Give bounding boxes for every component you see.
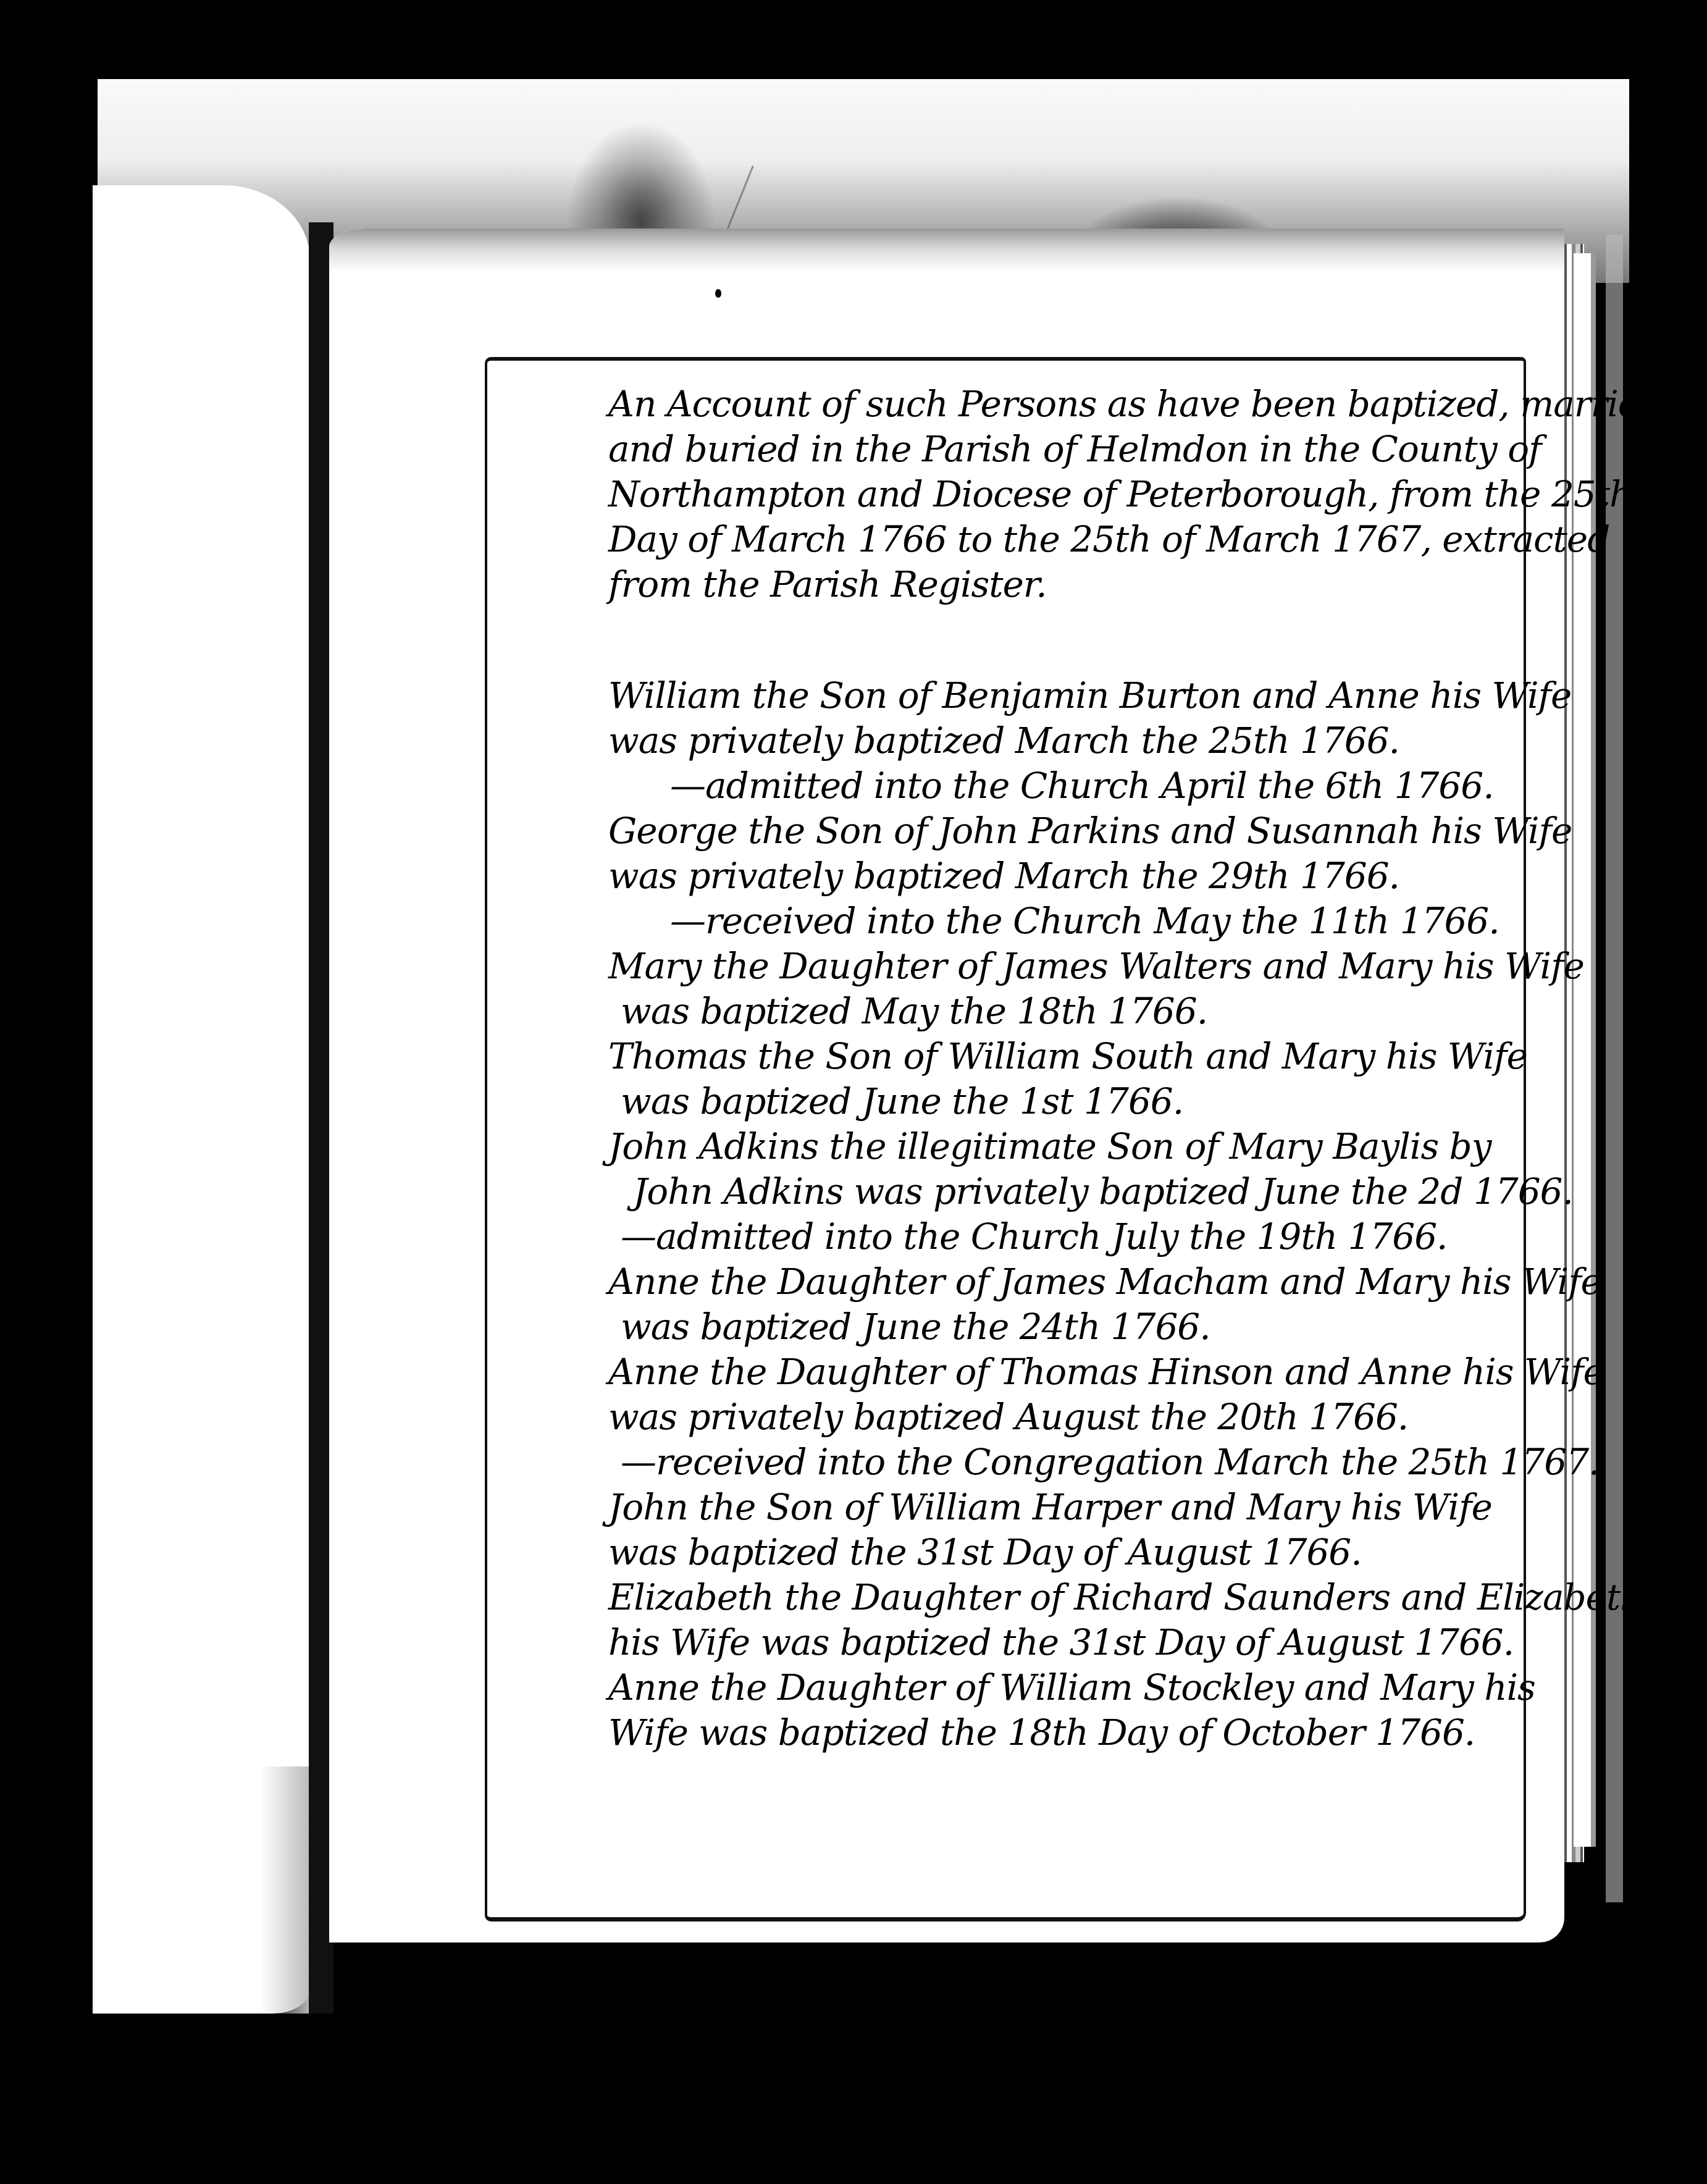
entry-john-adkins: John Adkins the illegitimate Son of Mary… bbox=[608, 1124, 1535, 1259]
heading-line: from the Parish Register. bbox=[608, 562, 1535, 607]
entry-line: was privately baptized August the 20th 1… bbox=[608, 1395, 1535, 1440]
entry-george-parkins: George the Son of John Parkins and Susan… bbox=[608, 808, 1535, 944]
entry-line: was baptized May the 18th 1766. bbox=[608, 989, 1535, 1034]
heading-line: Northampton and Diocese of Peterborough,… bbox=[608, 472, 1535, 517]
entry-william-burton: William the Son of Benjamin Burton and A… bbox=[608, 673, 1535, 808]
entry-line: George the Son of John Parkins and Susan… bbox=[608, 808, 1535, 854]
register-heading: An Account of such Persons as have been … bbox=[608, 382, 1535, 607]
entry-line: his Wife was baptized the 31st Day of Au… bbox=[608, 1620, 1535, 1665]
entry-line: Wife was baptized the 18th Day of Octobe… bbox=[608, 1710, 1535, 1755]
heading-line: Day of March 1766 to the 25th of March 1… bbox=[608, 517, 1535, 562]
ink-spot bbox=[715, 289, 721, 298]
entry-line: was privately baptized March the 29th 17… bbox=[608, 854, 1535, 899]
entry-anne-hinson: Anne the Daughter of Thomas Hinson and A… bbox=[608, 1350, 1535, 1485]
entry-mary-walters: Mary the Daughter of James Walters and M… bbox=[608, 944, 1535, 1034]
heading-line: and buried in the Parish of Helmdon in t… bbox=[608, 427, 1535, 472]
entry-anne-macham: Anne the Daughter of James Macham and Ma… bbox=[608, 1259, 1535, 1350]
entry-line: was baptized June the 24th 1766. bbox=[608, 1304, 1535, 1350]
entry-thomas-south: Thomas the Son of William South and Mary… bbox=[608, 1034, 1535, 1124]
entry-elizabeth-saunders: Elizabeth the Daughter of Richard Saunde… bbox=[608, 1575, 1535, 1665]
entry-note: —received into the Congregation March th… bbox=[608, 1440, 1535, 1485]
page-curl-shadow bbox=[329, 229, 1564, 272]
entry-note: —admitted into the Church April the 6th … bbox=[608, 763, 1535, 808]
entry-anne-stockley: Anne the Daughter of William Stockley an… bbox=[608, 1665, 1535, 1755]
entry-line: William the Son of Benjamin Burton and A… bbox=[608, 673, 1535, 718]
entry-line: Anne the Daughter of William Stockley an… bbox=[608, 1665, 1535, 1710]
entry-line: John Adkins the illegitimate Son of Mary… bbox=[608, 1124, 1535, 1169]
entry-line: Anne the Daughter of James Macham and Ma… bbox=[608, 1259, 1535, 1304]
baptism-entries: William the Son of Benjamin Burton and A… bbox=[608, 673, 1535, 1755]
entry-line: John Adkins was privately baptized June … bbox=[608, 1169, 1535, 1214]
entry-note: —received into the Church May the 11th 1… bbox=[608, 899, 1535, 944]
left-facing-page-edge bbox=[93, 185, 310, 2014]
entry-line: John the Son of William Harper and Mary … bbox=[608, 1485, 1535, 1530]
entry-line: Thomas the Son of William South and Mary… bbox=[608, 1034, 1535, 1079]
heading-line: An Account of such Persons as have been … bbox=[608, 382, 1535, 427]
entry-note: —admitted into the Church July the 19th … bbox=[608, 1214, 1535, 1259]
entry-john-harper: John the Son of William Harper and Mary … bbox=[608, 1485, 1535, 1575]
page-shadow bbox=[261, 1766, 310, 2014]
entry-line: was privately baptized March the 25th 17… bbox=[608, 718, 1535, 763]
entry-line: Anne the Daughter of Thomas Hinson and A… bbox=[608, 1350, 1535, 1395]
entry-line: Mary the Daughter of James Walters and M… bbox=[608, 944, 1535, 989]
entry-line: Elizabeth the Daughter of Richard Saunde… bbox=[608, 1575, 1535, 1620]
entry-line: was baptized June the 1st 1766. bbox=[608, 1079, 1535, 1124]
entry-line: was baptized the 31st Day of August 1766… bbox=[608, 1530, 1535, 1575]
